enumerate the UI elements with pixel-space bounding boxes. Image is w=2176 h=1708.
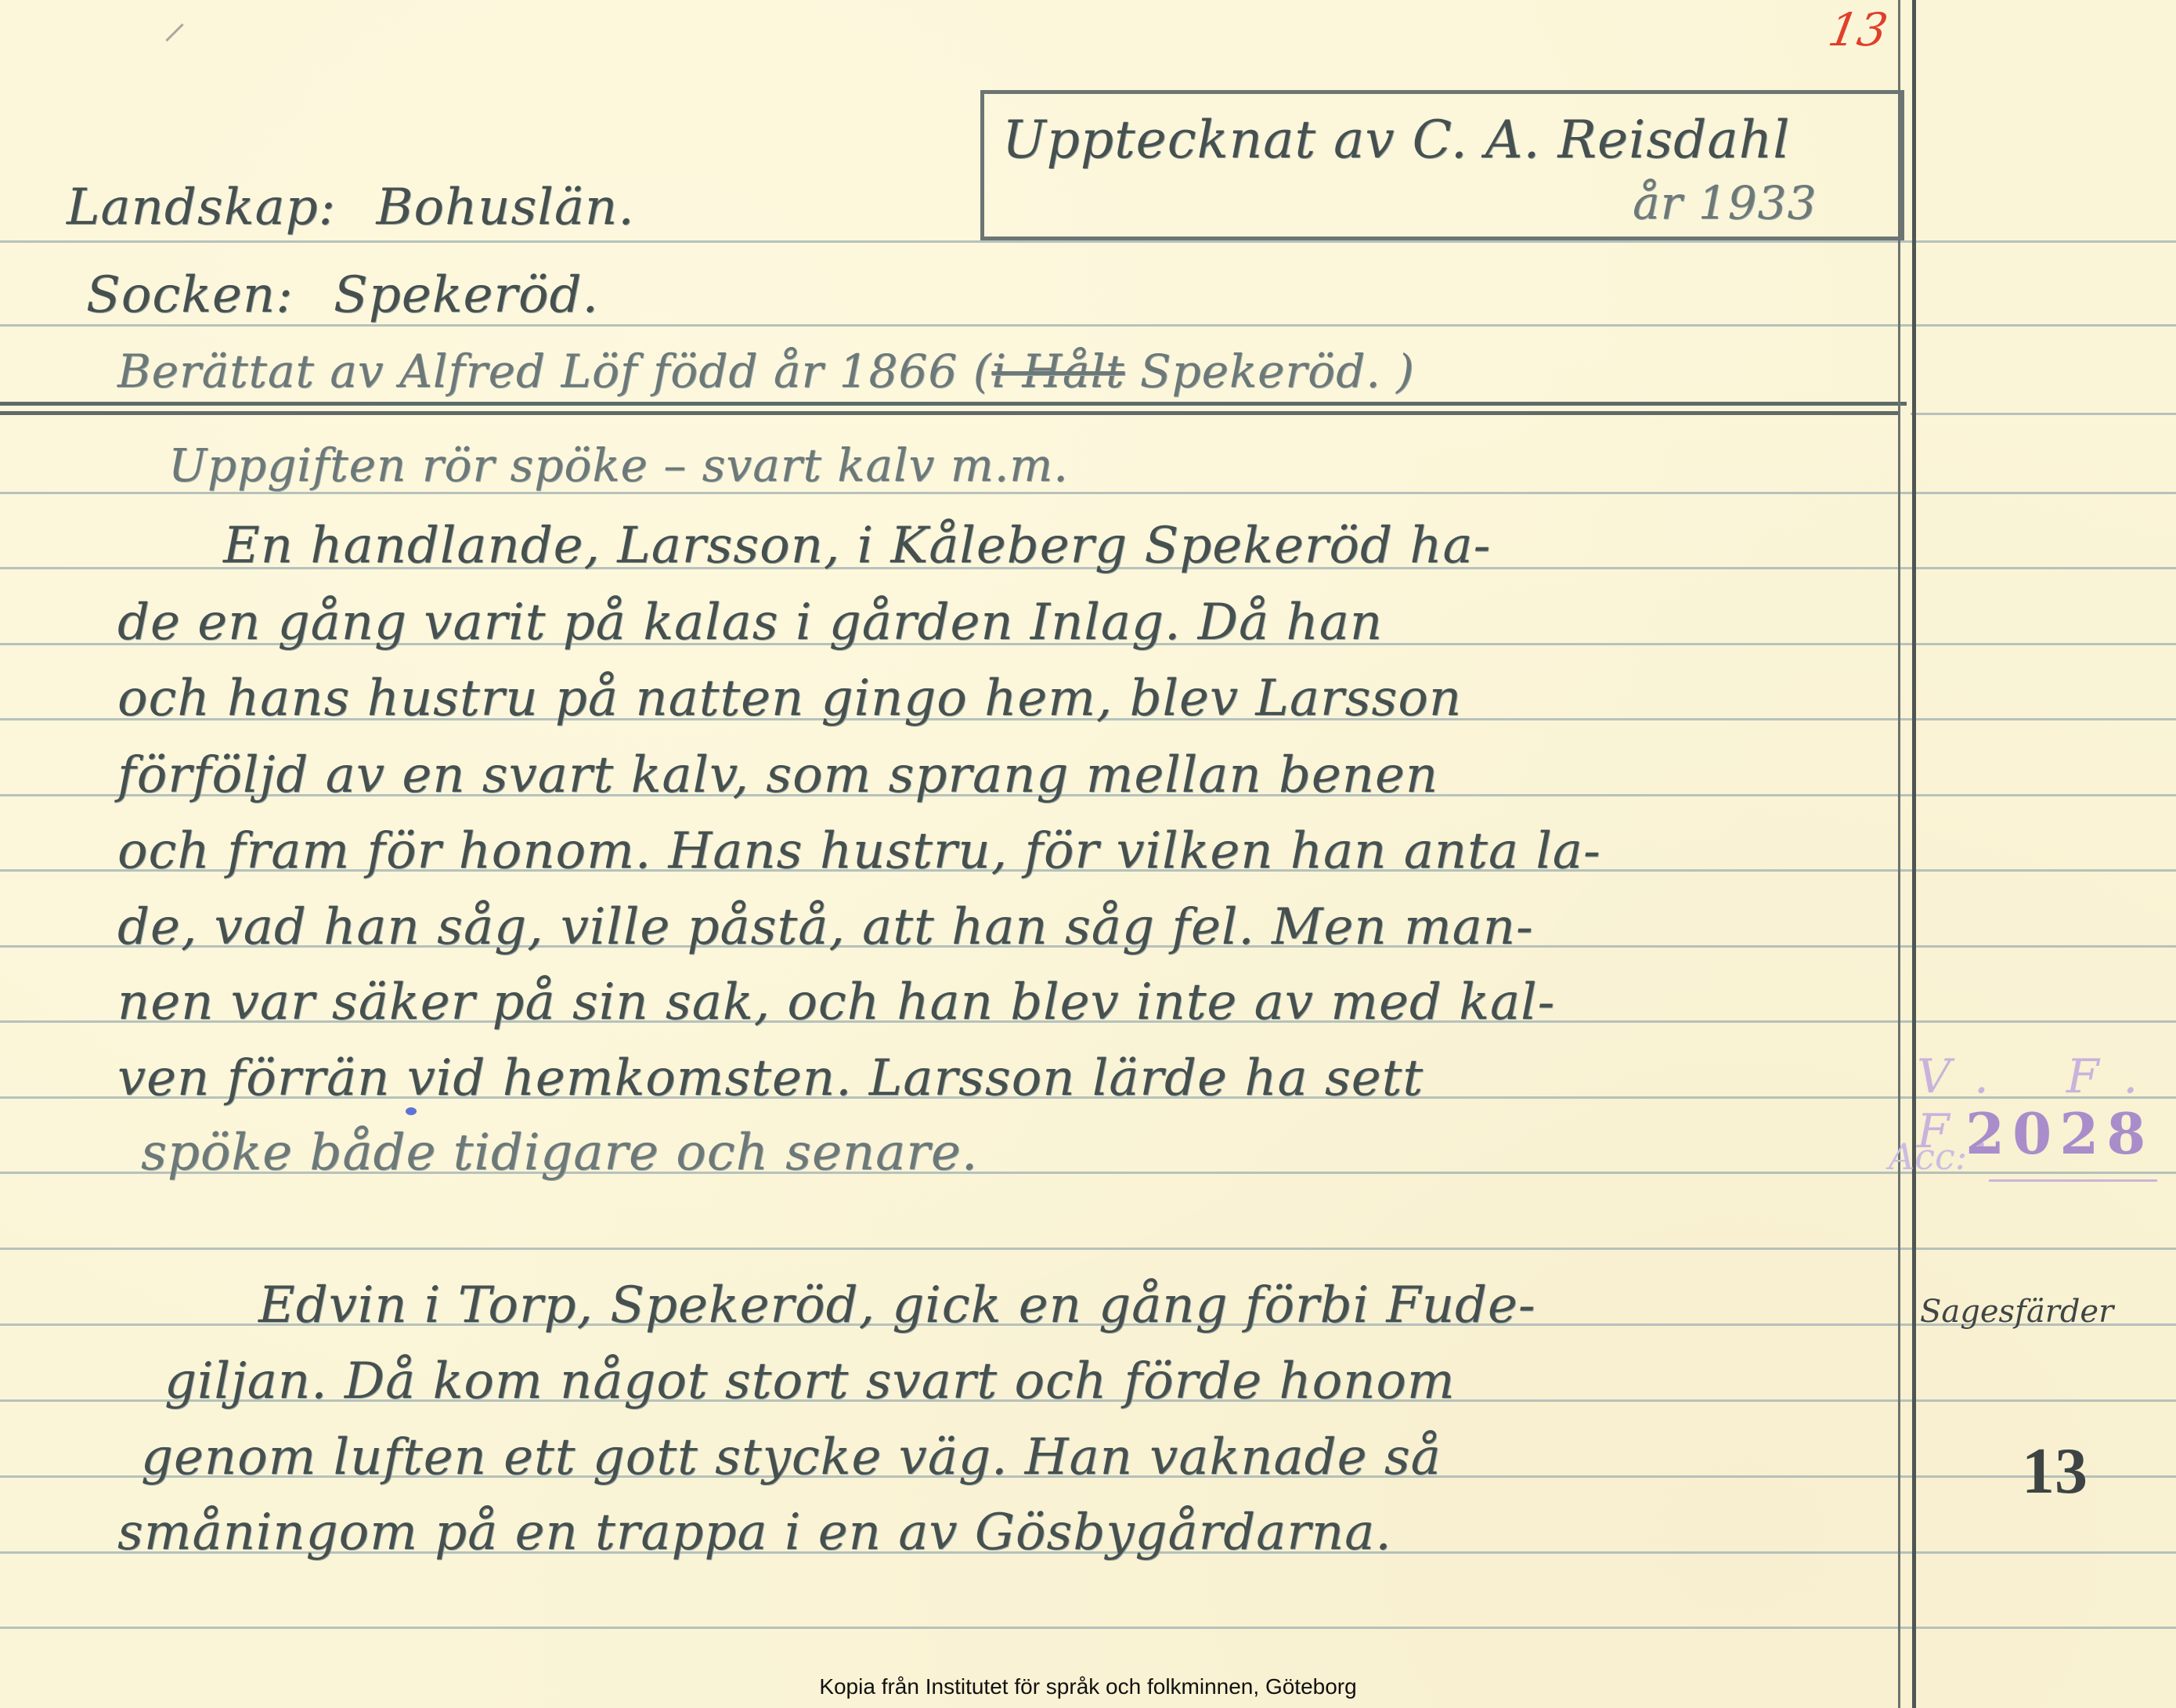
archive-page-number: 13 <box>1824 3 1892 56</box>
header-double-rule-bottom <box>0 411 1898 415</box>
socken-value: Spekeröd. <box>334 266 599 324</box>
ruling-line <box>1911 413 2176 415</box>
ruling-line <box>0 1248 2176 1250</box>
recorder-line: Upptecknat av C. A. Reisdahl <box>1002 110 1790 170</box>
body-line: och fram för honom. Hans hustru, för vil… <box>117 822 1601 880</box>
ink-speck <box>406 1107 417 1115</box>
ruling-line <box>0 324 2176 327</box>
body-line: nen var säker på sin sak, och han blev i… <box>117 973 1555 1031</box>
landskap-field: Landskap: Bohuslän. <box>67 179 635 237</box>
ruling-line <box>0 240 2176 243</box>
archive-stamp-number: 2028 <box>1965 1100 2153 1167</box>
ruling-line <box>0 492 2176 494</box>
landskap-label: Landskap: <box>67 179 336 237</box>
archive-stamp-acc-label: Acc: <box>1889 1136 1967 1178</box>
landskap-value: Bohuslän. <box>377 179 635 237</box>
margin-line-inner <box>1898 0 1900 1708</box>
body-line: Edvin i Torp, Spekeröd, gick en gång för… <box>258 1276 1536 1334</box>
body-line: de, vad han såg, ville påstå, att han så… <box>117 898 1534 956</box>
archive-stamp-underline <box>1989 1179 2157 1182</box>
margin-line-outer <box>1912 0 1916 1708</box>
page-number: 13 <box>2022 1433 2088 1509</box>
header-double-rule-top <box>0 402 1907 406</box>
body-line: de en gång varit på kalas i gården Inlag… <box>117 594 1383 652</box>
struck-text: i Hålt <box>991 345 1124 398</box>
body-line: och hans hustru på natten gingo hem, ble… <box>117 670 1462 728</box>
story-title: Uppgiften rör spöke – svart kalv m.m. <box>168 439 1069 492</box>
body-line: genom luften ett gott stycke väg. Han va… <box>141 1428 1442 1486</box>
archive-footer: Kopia från Institutet för språk och folk… <box>0 1674 2176 1699</box>
ruling-line <box>0 1627 2176 1629</box>
body-line: spöke både tidigare och senare. <box>141 1124 978 1182</box>
socken-label: Socken: <box>86 266 294 324</box>
recorder-year: år 1933 <box>1633 176 1817 229</box>
body-line: En handlande, Larsson, i Kåleberg Speker… <box>223 517 1491 575</box>
informant-line: Berättat av Alfred Löf född år 1866 (i H… <box>117 345 1415 398</box>
informant-suffix: Spekeröd. ) <box>1124 345 1414 398</box>
informant-prefix: Berättat av Alfred Löf född år 1866 ( <box>117 345 991 398</box>
socken-field: Socken: Spekeröd. <box>86 266 599 324</box>
margin-category-note: Sagesfärder <box>1920 1294 2113 1330</box>
body-line: småningom på en trappa i en av Gösbygård… <box>117 1504 1392 1562</box>
body-line: giljan. Då kom något stort svart och för… <box>164 1352 1456 1410</box>
body-line: förföljd av en svart kalv, som sprang me… <box>117 746 1438 804</box>
body-line: ven förrän vid hemkomsten. Larsson lärde… <box>117 1049 1424 1107</box>
